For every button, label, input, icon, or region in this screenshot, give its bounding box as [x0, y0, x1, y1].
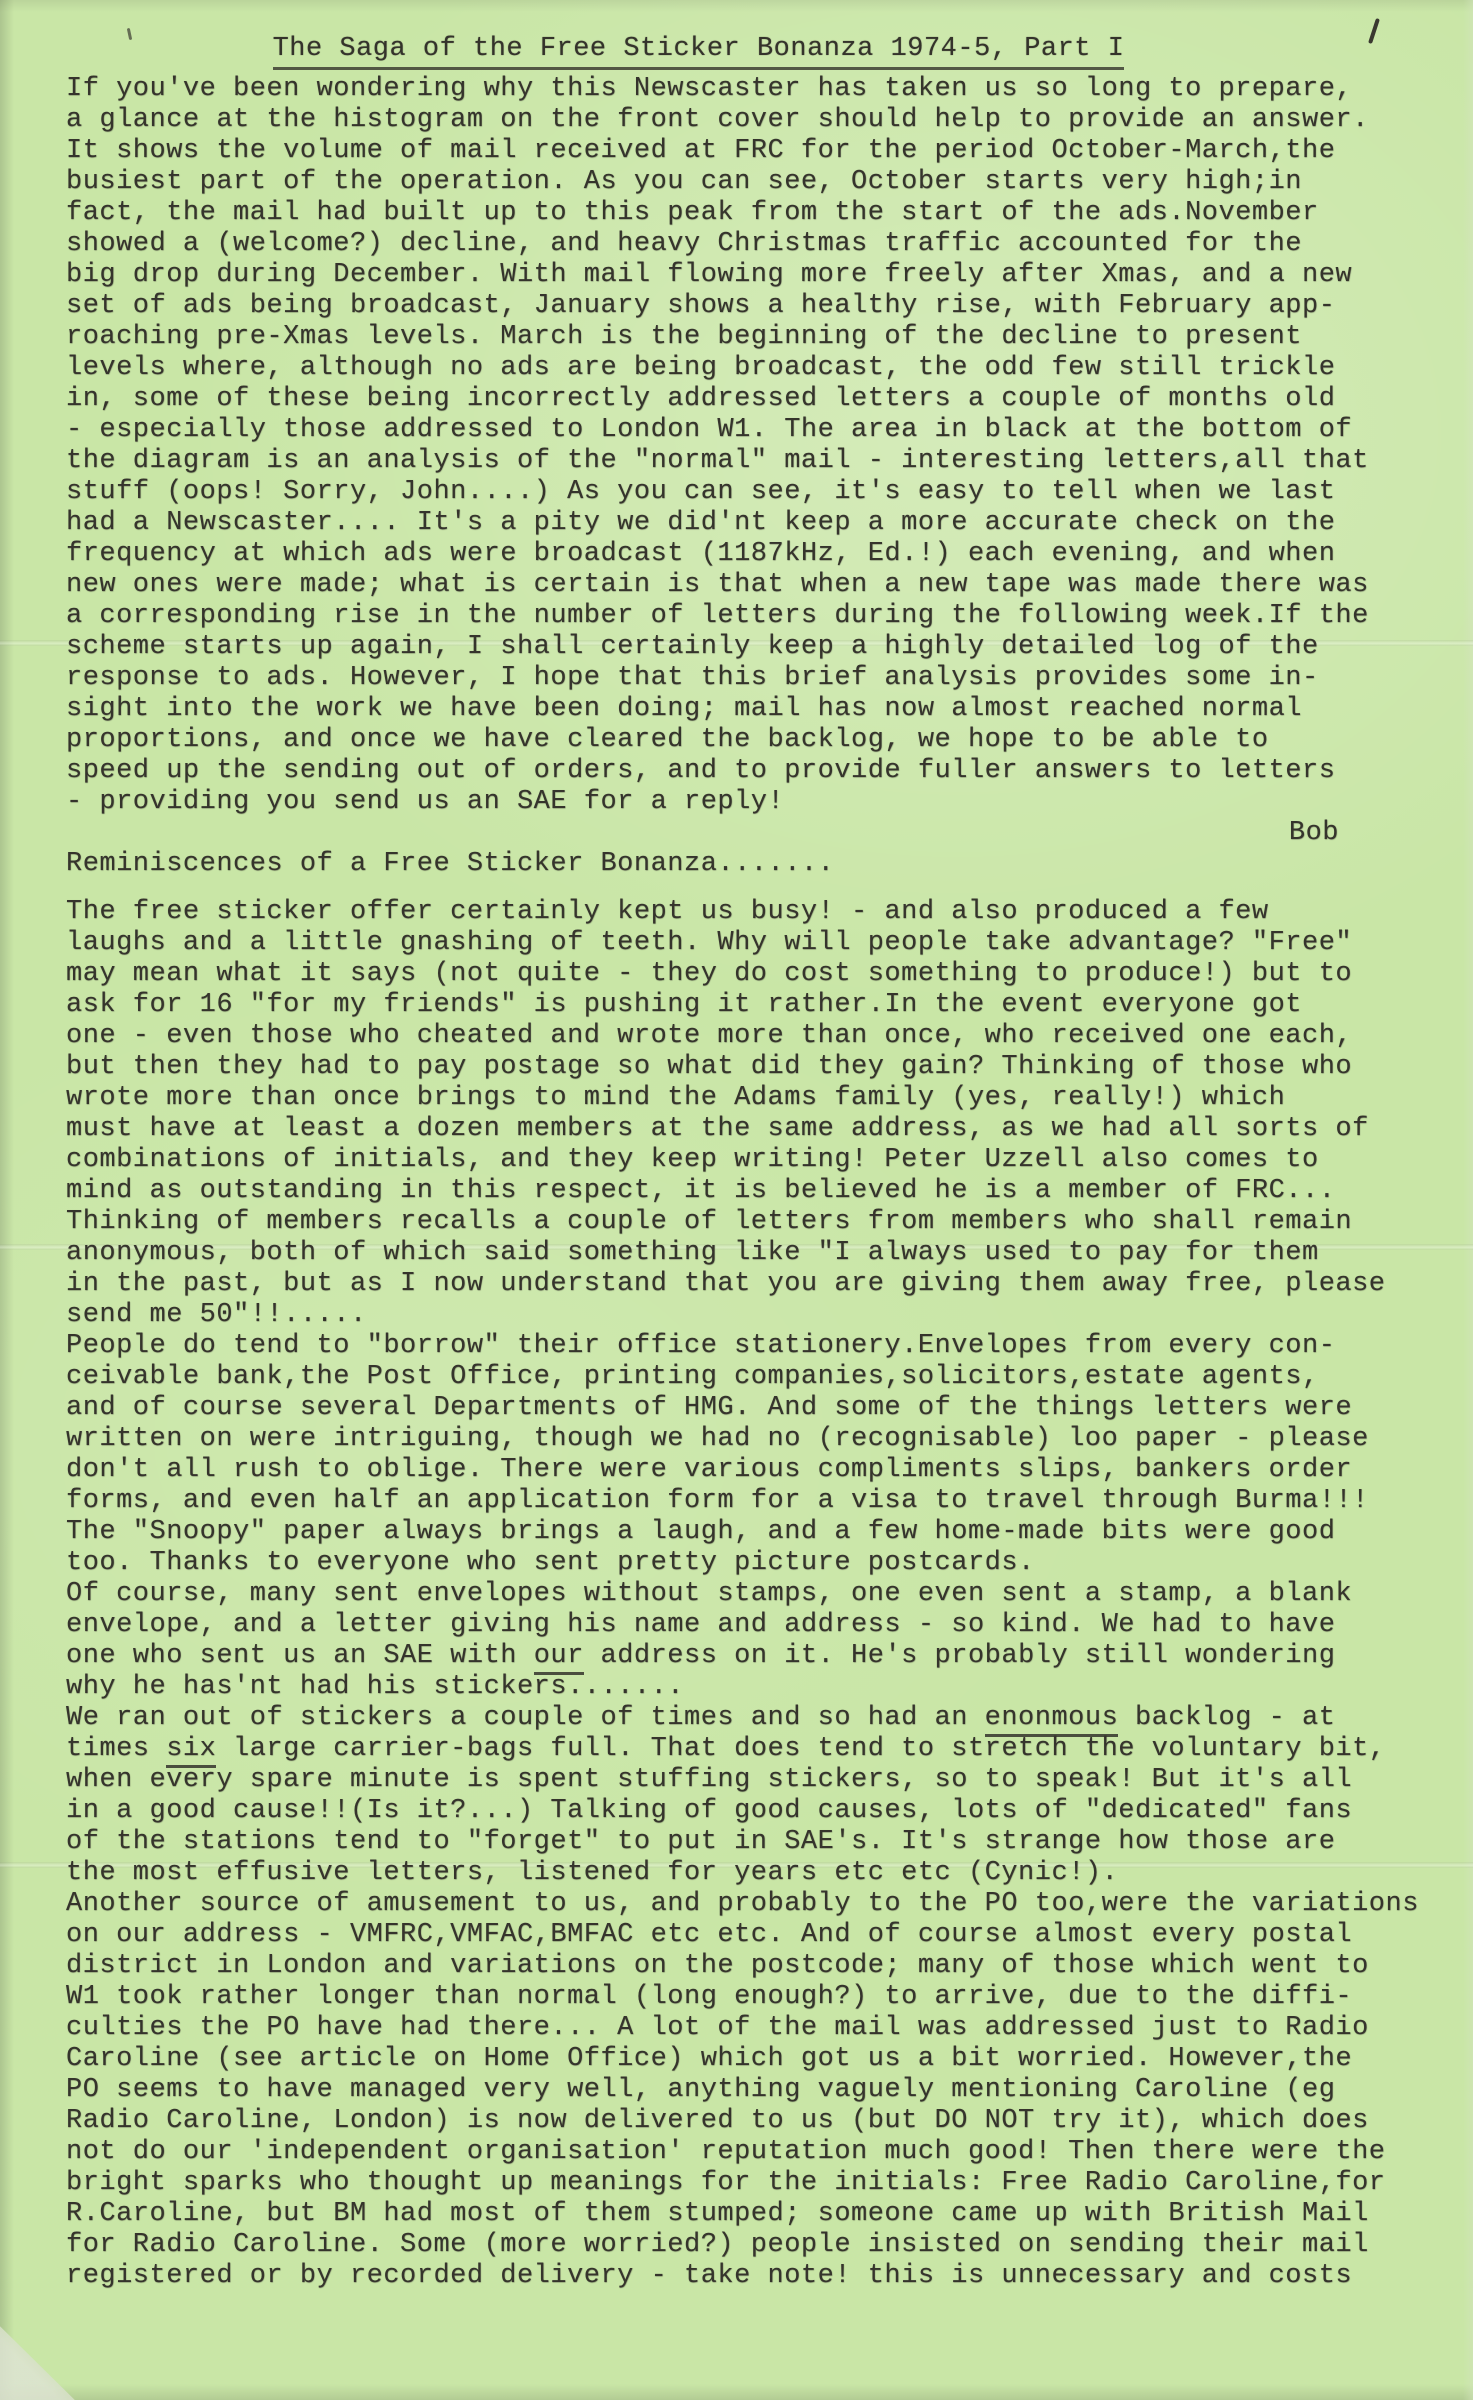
text-segment: It shows the volume of mail received at … [66, 136, 1335, 166]
text-line: culties the PO have had there... A lot o… [66, 2013, 1459, 2044]
document-body: If you've been wondering why this Newsca… [66, 74, 1459, 2292]
text-line: speed up the sending out of orders, and … [66, 756, 1459, 787]
text-segment: The "Snoopy" paper always brings a laugh… [66, 1517, 1335, 1547]
text-segment: W1 took rather longer than normal (long … [66, 1982, 1352, 2012]
text-line: one - even those who cheated and wrote m… [66, 1021, 1459, 1052]
text-segment: of the stations tend to "forget" to put … [66, 1827, 1335, 1857]
text-line: stuff (oops! Sorry, John....) As you can… [66, 477, 1459, 508]
text-line: roaching pre-Xmas levels. March is the b… [66, 322, 1459, 353]
text-line: written on were intriguing, though we ha… [66, 1424, 1459, 1455]
text-segment: ceivable bank,the Post Office, printing … [66, 1362, 1319, 1392]
text-segment: when every spare minute is spent stuffin… [66, 1765, 1352, 1795]
text-line: showed a (welcome?) decline, and heavy C… [66, 229, 1459, 260]
text-line: We ran out of stickers a couple of times… [66, 1703, 1459, 1734]
section-heading: Reminiscences of a Free Sticker Bonanza.… [66, 849, 1459, 880]
text-line: ask for 16 "for my friends" is pushing i… [66, 990, 1459, 1021]
page-title-row: The Saga of the Free Sticker Bonanza 197… [0, 34, 1435, 64]
text-segment: the most effusive letters, listened for … [66, 1858, 1118, 1888]
text-line: Of course, many sent envelopes without s… [66, 1579, 1459, 1610]
text-line: of the stations tend to "forget" to put … [66, 1827, 1459, 1858]
text-segment: one who sent us an SAE with [66, 1641, 534, 1671]
text-line: frequency at which ads were broadcast (1… [66, 539, 1459, 570]
text-line: wrote more than once brings to mind the … [66, 1083, 1459, 1114]
text-line: the most effusive letters, listened for … [66, 1858, 1459, 1889]
underlined-word: our [534, 1641, 584, 1675]
text-segment: forms, and even half an application form… [66, 1486, 1369, 1516]
underlined-word: enonmous [985, 1703, 1119, 1737]
text-segment: big drop during December. With mail flow… [66, 260, 1352, 290]
signature-bob: Bob [66, 818, 1459, 849]
text-segment: frequency at which ads were broadcast (1… [66, 539, 1335, 569]
text-line: not do our 'independent organisation' re… [66, 2137, 1459, 2168]
text-segment: culties the PO have had there... A lot o… [66, 2013, 1369, 2043]
text-line: busiest part of the operation. As you ca… [66, 167, 1459, 198]
text-segment: in, some of these being incorrectly addr… [66, 384, 1335, 414]
text-line: scheme starts up again, I shall certainl… [66, 632, 1459, 663]
text-segment: Thinking of members recalls a couple of … [66, 1207, 1352, 1237]
text-line: the diagram is an analysis of the "norma… [66, 446, 1459, 477]
text-line: envelope, and a letter giving his name a… [66, 1610, 1459, 1641]
text-line: one who sent us an SAE with our address … [66, 1641, 1459, 1672]
text-segment: combinations of initials, and they keep … [66, 1145, 1319, 1175]
text-line: a corresponding rise in the number of le… [66, 601, 1459, 632]
text-segment: speed up the sending out of orders, and … [66, 756, 1335, 786]
text-line: too. Thanks to everyone who sent pretty … [66, 1548, 1459, 1579]
text-line: big drop during December. With mail flow… [66, 260, 1459, 291]
text-segment: had a Newscaster.... It's a pity we did'… [66, 508, 1335, 538]
text-line: why he has'nt had his stickers....... [66, 1672, 1459, 1703]
text-segment: Of course, many sent envelopes without s… [66, 1579, 1352, 1609]
text-line: forms, and even half an application form… [66, 1486, 1459, 1517]
text-line: had a Newscaster.... It's a pity we did'… [66, 508, 1459, 539]
text-segment: Radio Caroline, London) is now delivered… [66, 2106, 1369, 2136]
text-line: in a good cause!!(Is it?...) Talking of … [66, 1796, 1459, 1827]
text-line: for Radio Caroline. Some (more worried?)… [66, 2230, 1459, 2261]
text-line: People do tend to "borrow" their office … [66, 1331, 1459, 1362]
text-line: Radio Caroline, London) is now delivered… [66, 2106, 1459, 2137]
text-segment: - especially those addressed to London W… [66, 415, 1352, 445]
text-segment: large carrier-bags full. That does tend … [216, 1734, 1385, 1764]
text-line: must have at least a dozen members at th… [66, 1114, 1459, 1145]
text-line: may mean what it says (not quite - they … [66, 959, 1459, 990]
text-line: and of course several Departments of HMG… [66, 1393, 1459, 1424]
text-line: don't all rush to oblige. There were var… [66, 1455, 1459, 1486]
document-page: The Saga of the Free Sticker Bonanza 197… [0, 0, 1473, 2400]
text-segment: anonymous, both of which said something … [66, 1238, 1319, 1268]
text-segment: but then they had to pay postage so what… [66, 1052, 1352, 1082]
text-segment: not do our 'independent organisation' re… [66, 2137, 1386, 2167]
text-line: bright sparks who thought up meanings fo… [66, 2168, 1459, 2199]
text-line: but then they had to pay postage so what… [66, 1052, 1459, 1083]
text-line: in, some of these being incorrectly addr… [66, 384, 1459, 415]
text-segment: busiest part of the operation. As you ca… [66, 167, 1302, 197]
text-line: in the past, but as I now understand tha… [66, 1269, 1459, 1300]
text-line: response to ads. However, I hope that th… [66, 663, 1459, 694]
text-segment: laughs and a little gnashing of teeth. W… [66, 928, 1352, 958]
text-segment: a glance at the histogram on the front c… [66, 105, 1369, 135]
underlined-word: six [166, 1734, 216, 1768]
text-segment: one - even those who cheated and wrote m… [66, 1021, 1352, 1051]
text-segment: showed a (welcome?) decline, and heavy C… [66, 229, 1302, 259]
text-line: when every spare minute is spent stuffin… [66, 1765, 1459, 1796]
text-line: registered or by recorded delivery - tak… [66, 2261, 1459, 2292]
text-segment: envelope, and a letter giving his name a… [66, 1610, 1335, 1640]
text-segment: PO seems to have managed very well, anyt… [66, 2075, 1335, 2105]
text-line: anonymous, both of which said something … [66, 1238, 1459, 1269]
text-segment: set of ads being broadcast, January show… [66, 291, 1335, 321]
text-segment: why he has'nt had his stickers....... [66, 1672, 684, 1702]
text-segment: stuff (oops! Sorry, John....) As you can… [66, 477, 1335, 507]
text-segment: bright sparks who thought up meanings fo… [66, 2168, 1386, 2198]
text-segment: Bob [1289, 818, 1339, 848]
text-segment: too. Thanks to everyone who sent pretty … [66, 1548, 1035, 1578]
text-segment: wrote more than once brings to mind the … [66, 1083, 1285, 1113]
text-segment: levels where, although no ads are being … [66, 353, 1335, 383]
text-segment: district in London and variations on the… [66, 1951, 1369, 1981]
text-segment: If you've been wondering why this Newsca… [66, 74, 1352, 104]
text-segment: ask for 16 "for my friends" is pushing i… [66, 990, 1302, 1020]
text-segment: fact, the mail had built up to this peak… [66, 198, 1319, 228]
text-segment: Reminiscences of a Free Sticker Bonanza.… [66, 849, 834, 879]
text-line: district in London and variations on the… [66, 1951, 1459, 1982]
text-segment: address on it. He's probably still wonde… [584, 1641, 1336, 1671]
text-segment: may mean what it says (not quite - they … [66, 959, 1352, 989]
text-line: Thinking of members recalls a couple of … [66, 1207, 1459, 1238]
text-segment: a corresponding rise in the number of le… [66, 601, 1369, 631]
text-line: W1 took rather longer than normal (long … [66, 1982, 1459, 2013]
text-segment: scheme starts up again, I shall certainl… [66, 632, 1319, 662]
text-segment: in the past, but as I now understand tha… [66, 1269, 1386, 1299]
text-line: combinations of initials, and they keep … [66, 1145, 1459, 1176]
text-segment: don't all rush to oblige. There were var… [66, 1455, 1352, 1485]
text-segment: on our address - VMFRC,VMFAC,BMFAC etc e… [66, 1920, 1352, 1950]
text-line: a glance at the histogram on the front c… [66, 105, 1459, 136]
text-segment: roaching pre-Xmas levels. March is the b… [66, 322, 1302, 352]
text-segment: registered or by recorded delivery - tak… [66, 2261, 1352, 2291]
text-segment: People do tend to "borrow" their office … [66, 1331, 1335, 1361]
text-segment: for Radio Caroline. Some (more worried?)… [66, 2230, 1369, 2260]
text-line: on our address - VMFRC,VMFAC,BMFAC etc e… [66, 1920, 1459, 1951]
text-line: proportions, and once we have cleared th… [66, 725, 1459, 756]
text-line: It shows the volume of mail received at … [66, 136, 1459, 167]
text-line: R.Caroline, but BM had most of them stum… [66, 2199, 1459, 2230]
text-line: sight into the work we have been doing; … [66, 694, 1459, 725]
text-segment: and of course several Departments of HMG… [66, 1393, 1352, 1423]
text-line: - especially those addressed to London W… [66, 415, 1459, 446]
text-line: mind as outstanding in this respect, it … [66, 1176, 1459, 1207]
text-segment: mind as outstanding in this respect, it … [66, 1176, 1335, 1206]
text-segment: response to ads. However, I hope that th… [66, 663, 1319, 693]
text-segment: send me 50"!!..... [66, 1300, 367, 1330]
text-segment: We ran out of stickers a couple of times… [66, 1703, 985, 1733]
text-segment: Caroline (see article on Home Office) wh… [66, 2044, 1352, 2074]
text-line: send me 50"!!..... [66, 1300, 1459, 1331]
text-line: levels where, although no ads are being … [66, 353, 1459, 384]
text-segment: in a good cause!!(Is it?...) Talking of … [66, 1796, 1352, 1826]
text-segment: Another source of amusement to us, and p… [66, 1889, 1419, 1919]
text-segment: R.Caroline, but BM had most of them stum… [66, 2199, 1369, 2229]
text-line: PO seems to have managed very well, anyt… [66, 2075, 1459, 2106]
text-segment: proportions, and once we have cleared th… [66, 725, 1269, 755]
text-segment: The free sticker offer certainly kept us… [66, 897, 1269, 927]
text-segment: sight into the work we have been doing; … [66, 694, 1302, 724]
torn-corner [0, 2310, 110, 2400]
text-line: Another source of amusement to us, and p… [66, 1889, 1459, 1920]
text-segment: times [66, 1734, 166, 1764]
text-segment: the diagram is an analysis of the "norma… [66, 446, 1369, 476]
text-segment: backlog - at [1118, 1703, 1335, 1733]
text-line: fact, the mail had built up to this peak… [66, 198, 1459, 229]
text-line: times six large carrier-bags full. That … [66, 1734, 1459, 1765]
text-segment: written on were intriguing, though we ha… [66, 1424, 1369, 1454]
text-line: laughs and a little gnashing of teeth. W… [66, 928, 1459, 959]
text-line: ceivable bank,the Post Office, printing … [66, 1362, 1459, 1393]
text-line: set of ads being broadcast, January show… [66, 291, 1459, 322]
text-line: - providing you send us an SAE for a rep… [66, 787, 1459, 818]
line-spacer [66, 880, 1459, 897]
text-line: new ones were made; what is certain is t… [66, 570, 1459, 601]
text-line: Caroline (see article on Home Office) wh… [66, 2044, 1459, 2075]
text-segment: - providing you send us an SAE for a rep… [66, 787, 784, 817]
text-segment: must have at least a dozen members at th… [66, 1114, 1369, 1144]
page-title: The Saga of the Free Sticker Bonanza 197… [273, 34, 1125, 70]
text-line: If you've been wondering why this Newsca… [66, 74, 1459, 105]
text-segment: new ones were made; what is certain is t… [66, 570, 1369, 600]
text-line: The "Snoopy" paper always brings a laugh… [66, 1517, 1459, 1548]
text-line: The free sticker offer certainly kept us… [66, 897, 1459, 928]
